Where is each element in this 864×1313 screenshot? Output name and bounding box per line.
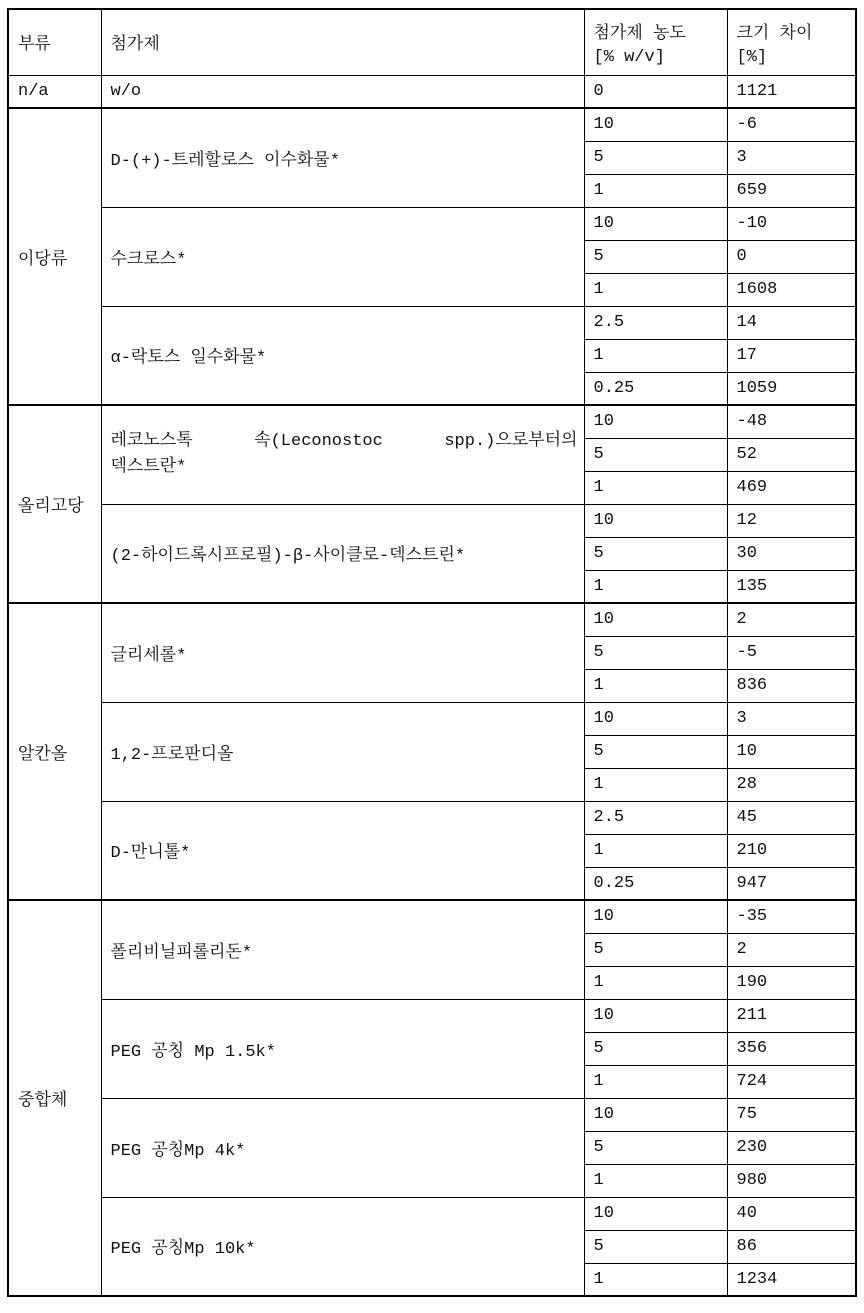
concentration-cell: 10 [584, 108, 727, 141]
additive-name-token: 속(Leconostoc [254, 429, 383, 455]
concentration-cell: 10 [584, 207, 727, 240]
additive-cell: (2-하이드록시프로필)-β-사이클로-덱스트린* [101, 504, 584, 603]
additive-cell: 레코노스톡속(Leconostocspp.)으로부터의덱스트란* [101, 405, 584, 504]
table-row: α-락토스 일수화물*2.514 [8, 306, 856, 339]
additive-size-table: 부류 첨가제 첨가제 농도 [% w/v] 크기 차이 [%] n/aw/o01… [7, 8, 857, 1297]
concentration-cell: 5 [584, 636, 727, 669]
size-diff-cell: 3 [727, 702, 856, 735]
concentration-cell: 5 [584, 537, 727, 570]
table-row: 이당류D-(+)-트레할로스 이수화물*10-6 [8, 108, 856, 141]
control-row: n/aw/o01121 [8, 75, 856, 108]
col-header-additive: 첨가제 [101, 9, 584, 75]
table-row: 올리고당레코노스톡속(Leconostocspp.)으로부터의덱스트란*10-4… [8, 405, 856, 438]
table-row: 중합체폴리비닐피롤리돈*10-35 [8, 900, 856, 933]
concentration-cell: 10 [584, 1098, 727, 1131]
size-diff-cell: 86 [727, 1230, 856, 1263]
additive-cell: 글리세롤* [101, 603, 584, 702]
table-row: D-만니톨*2.545 [8, 801, 856, 834]
size-diff-cell: 40 [727, 1197, 856, 1230]
size-diff-cell: 230 [727, 1131, 856, 1164]
size-diff-cell: 135 [727, 570, 856, 603]
concentration-cell: 1 [584, 570, 727, 603]
concentration-cell: 1 [584, 471, 727, 504]
size-diff-cell: 30 [727, 537, 856, 570]
size-diff-cell: -10 [727, 207, 856, 240]
concentration-cell: 1 [584, 768, 727, 801]
size-diff-cell: 1608 [727, 273, 856, 306]
size-diff-cell: 52 [727, 438, 856, 471]
size-diff-cell: 28 [727, 768, 856, 801]
concentration-cell: 10 [584, 1197, 727, 1230]
header-row: 부류 첨가제 첨가제 농도 [% w/v] 크기 차이 [%] [8, 9, 856, 75]
concentration-cell: 1 [584, 1263, 727, 1296]
concentration-cell: 10 [584, 900, 727, 933]
size-diff-cell: 947 [727, 867, 856, 900]
additive-cell: PEG 공칭 Mp 1.5k* [101, 999, 584, 1098]
size-diff-cell: 2 [727, 603, 856, 636]
category-cell: n/a [8, 75, 101, 108]
size-diff-cell: 469 [727, 471, 856, 504]
table-row: PEG 공칭 Mp 1.5k*10211 [8, 999, 856, 1032]
col-header-category: 부류 [8, 9, 101, 75]
concentration-cell: 5 [584, 438, 727, 471]
additive-cell: 수크로스* [101, 207, 584, 306]
size-diff-cell: -35 [727, 900, 856, 933]
concentration-cell: 2.5 [584, 801, 727, 834]
size-diff-cell: 836 [727, 669, 856, 702]
concentration-cell: 10 [584, 603, 727, 636]
concentration-cell: 5 [584, 240, 727, 273]
category-cell: 이당류 [8, 108, 101, 405]
size-diff-cell: 0 [727, 240, 856, 273]
category-cell: 올리고당 [8, 405, 101, 603]
category-cell: 중합체 [8, 900, 101, 1296]
concentration-cell: 5 [584, 735, 727, 768]
size-diff-cell: 1121 [727, 75, 856, 108]
concentration-cell: 1 [584, 966, 727, 999]
size-diff-cell: 14 [727, 306, 856, 339]
concentration-cell: 5 [584, 1230, 727, 1263]
concentration-cell: 5 [584, 933, 727, 966]
additive-cell: 1,2-프로판디올 [101, 702, 584, 801]
concentration-cell: 5 [584, 1032, 727, 1065]
size-diff-cell: 17 [727, 339, 856, 372]
size-diff-cell: 3 [727, 141, 856, 174]
concentration-cell: 10 [584, 405, 727, 438]
size-diff-cell: 356 [727, 1032, 856, 1065]
concentration-cell: 0.25 [584, 372, 727, 405]
table-row: 수크로스*10-10 [8, 207, 856, 240]
size-diff-cell: 659 [727, 174, 856, 207]
concentration-cell: 10 [584, 999, 727, 1032]
additive-cell: PEG 공칭Mp 10k* [101, 1197, 584, 1296]
size-diff-cell: 75 [727, 1098, 856, 1131]
concentration-cell: 1 [584, 669, 727, 702]
category-cell: 알칸올 [8, 603, 101, 900]
col-header-size-diff-title: 크기 차이 [737, 18, 850, 44]
size-diff-cell: 190 [727, 966, 856, 999]
additive-cell: w/o [101, 75, 584, 108]
concentration-cell: 0.25 [584, 867, 727, 900]
additive-cell: D-만니톨* [101, 801, 584, 900]
concentration-cell: 1 [584, 273, 727, 306]
additive-name-token: 레코노스톡 [111, 429, 193, 455]
concentration-cell: 10 [584, 702, 727, 735]
concentration-cell: 1 [584, 339, 727, 372]
additive-cell: PEG 공칭Mp 4k* [101, 1098, 584, 1197]
additive-cell: α-락토스 일수화물* [101, 306, 584, 405]
size-diff-cell: -48 [727, 405, 856, 438]
col-header-concentration: 첨가제 농도 [% w/v] [584, 9, 727, 75]
table-row: PEG 공칭Mp 4k*1075 [8, 1098, 856, 1131]
size-diff-cell: 724 [727, 1065, 856, 1098]
size-diff-cell: 210 [727, 834, 856, 867]
concentration-cell: 1 [584, 834, 727, 867]
concentration-cell: 1 [584, 174, 727, 207]
size-diff-cell: 10 [727, 735, 856, 768]
concentration-cell: 1 [584, 1164, 727, 1197]
additive-cell: 폴리비닐피롤리돈* [101, 900, 584, 999]
table-row: PEG 공칭Mp 10k*1040 [8, 1197, 856, 1230]
additive-cell: D-(+)-트레할로스 이수화물* [101, 108, 584, 207]
concentration-cell: 5 [584, 141, 727, 174]
col-header-concentration-unit: [% w/v] [594, 48, 721, 67]
table-row: 1,2-프로판디올103 [8, 702, 856, 735]
concentration-cell: 1 [584, 1065, 727, 1098]
additive-name-token: spp.)으로부터의 [444, 429, 577, 455]
col-header-size-diff-unit: [%] [737, 48, 850, 67]
size-diff-cell: -5 [727, 636, 856, 669]
concentration-cell: 5 [584, 1131, 727, 1164]
col-header-size-diff: 크기 차이 [%] [727, 9, 856, 75]
size-diff-cell: 45 [727, 801, 856, 834]
table-row: (2-하이드록시프로필)-β-사이클로-덱스트린*1012 [8, 504, 856, 537]
table-row: 알칸올글리세롤*102 [8, 603, 856, 636]
size-diff-cell: 1234 [727, 1263, 856, 1296]
concentration-cell: 2.5 [584, 306, 727, 339]
size-diff-cell: 980 [727, 1164, 856, 1197]
concentration-cell: 10 [584, 504, 727, 537]
size-diff-cell: 2 [727, 933, 856, 966]
col-header-concentration-title: 첨가제 농도 [594, 18, 721, 44]
concentration-cell: 0 [584, 75, 727, 108]
size-diff-cell: 211 [727, 999, 856, 1032]
size-diff-cell: -6 [727, 108, 856, 141]
size-diff-cell: 12 [727, 504, 856, 537]
size-diff-cell: 1059 [727, 372, 856, 405]
